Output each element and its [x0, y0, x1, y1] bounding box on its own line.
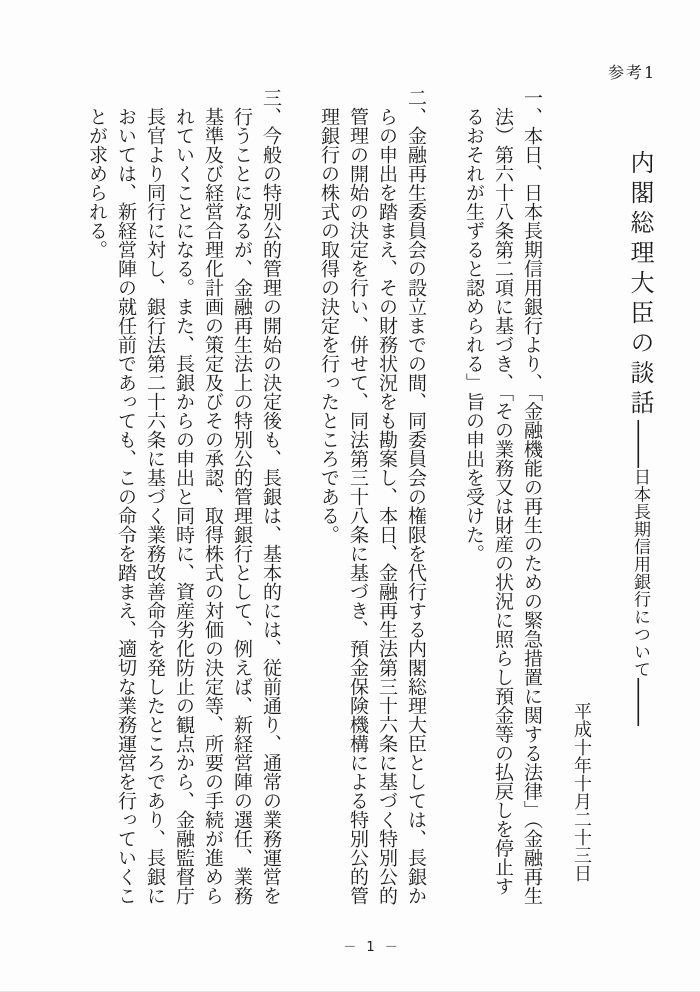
title-subtitle: 日本長期信用銀行について: [630, 468, 650, 678]
document-date: 平成十年十月二十三日: [568, 702, 594, 882]
paragraph-2: 二、金融再生委員会の設立までの間、同委員会の権限を代行する内閣総理大臣としては、…: [314, 88, 430, 908]
paragraph-3: 三、今般の特別公的管理の開始の決定後も、長銀は、基本的には、従前通り、通常の業務…: [82, 88, 285, 908]
document-title: 内閣総理大臣の談話――日本長期信用銀行について――: [624, 150, 656, 790]
paragraph-1: 一、本日、日本長期信用銀行より、「金融機能の再生のための緊急措置に関する法律」（…: [459, 88, 546, 908]
page-number: － 1 －: [312, 936, 432, 955]
document-page: 参考1 内閣総理大臣の談話――日本長期信用銀行について―― 平成十年十月二十三日…: [0, 0, 700, 992]
document-body: 一、本日、日本長期信用銀行より、「金融機能の再生のための緊急措置に関する法律」（…: [82, 88, 546, 908]
title-dash-leading: ――: [626, 420, 654, 468]
title-dash-trailing: ――: [626, 678, 654, 726]
title-main: 内閣総理大臣の談話: [626, 150, 654, 420]
reference-label: 参考1: [608, 60, 656, 83]
